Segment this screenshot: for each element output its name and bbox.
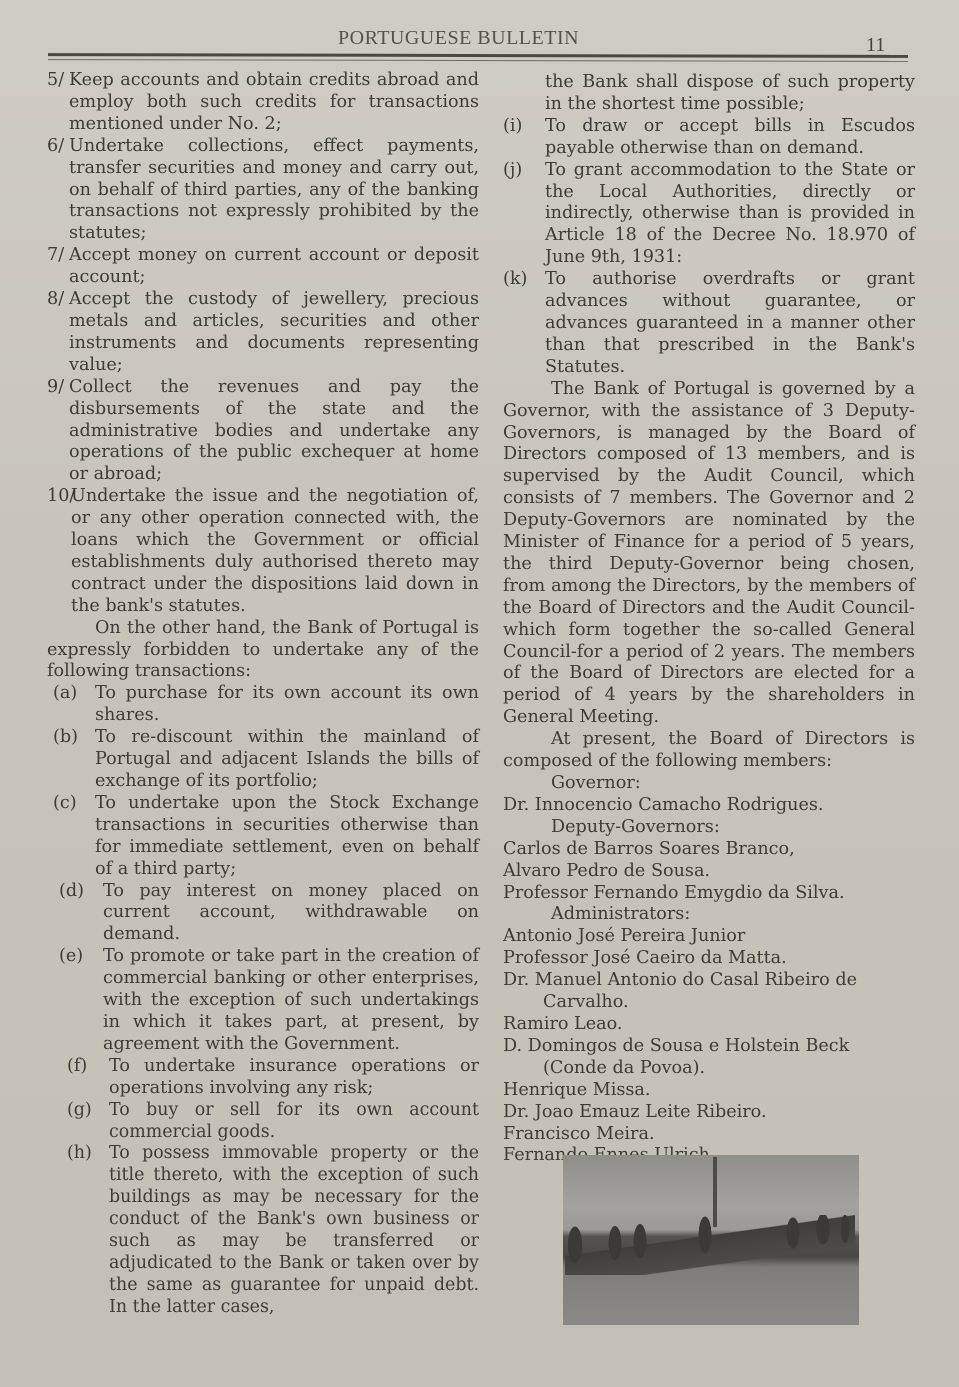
- item-text: To buy or sell for its own account comme…: [109, 1100, 479, 1142]
- deputies-label: Deputy-Governors:: [503, 817, 915, 839]
- numbered-item: 6/ Undertake collections, effect payment…: [47, 136, 479, 246]
- item-number: 6/: [47, 136, 64, 158]
- item-text: Keep accounts and obtain credits abroad …: [69, 70, 479, 134]
- deputy-name: Carlos de Barros Soares Branco,: [503, 839, 915, 861]
- item-text: Undertake the issue and the negotiation …: [71, 486, 479, 616]
- deputy-name: Professor Fernando Emygdio da Silva.: [503, 883, 915, 905]
- item-text: To possess immovable property or the tit…: [109, 1143, 479, 1316]
- lettered-item: (h) To possess immovable property or the…: [47, 1143, 479, 1318]
- item-text: To pay interest on money placed on curre…: [103, 881, 479, 945]
- item-number: 9/: [47, 377, 64, 399]
- item-number: 7/: [47, 245, 64, 267]
- photo-soldiers-shape: [565, 1215, 855, 1275]
- lettered-item: (i) To draw or accept bills in Escudos p…: [503, 116, 915, 160]
- administrator-name: Dr. Joao Emauz Leite Ribeiro.: [503, 1102, 915, 1124]
- item-text: Undertake collections, effect payments, …: [69, 136, 479, 244]
- lettered-item: (g) To buy or sell for its own account c…: [47, 1100, 479, 1144]
- administrator-name: Ramiro Leao.: [503, 1014, 915, 1036]
- administrator-name: Francisco Meira.: [503, 1124, 915, 1146]
- administrator-name: D. Domingos de Sousa e Holstein Beck (Co…: [503, 1036, 915, 1080]
- lettered-item: (e) To promote or take part in the creat…: [47, 946, 479, 1056]
- administrator-name: Henrique Missa.: [503, 1080, 915, 1102]
- item-text: To authorise overdrafts or grant advance…: [545, 269, 915, 377]
- header-rule-thick: [48, 53, 908, 58]
- lettered-item: (a) To purchase for its own account its …: [47, 683, 479, 727]
- right-column: the Bank shall dispose of such property …: [503, 72, 915, 1167]
- administrator-name: Antonio José Pereira Junior: [503, 926, 915, 948]
- lettered-item: (d) To pay interest on money placed on c…: [47, 881, 479, 947]
- governance-paragraph: The Bank of Portugal is governed by a Go…: [503, 379, 915, 730]
- lettered-item: (b) To re-discount within the mainland o…: [47, 727, 479, 793]
- lettered-item: (f) To undertake insurance operations or…: [47, 1056, 479, 1100]
- numbered-item: 8/ Accept the custody of jewellery, prec…: [47, 289, 479, 377]
- item-text: To draw or accept bills in Escudos payab…: [545, 116, 915, 158]
- item-letter: (a): [53, 683, 77, 705]
- soldiers-photograph: [563, 1155, 859, 1325]
- item-number: 10/: [47, 486, 75, 508]
- item-letter: (b): [53, 727, 78, 749]
- item-letter: (h): [67, 1143, 92, 1165]
- item-text: To purchase for its own account its own …: [95, 683, 479, 725]
- item-text: To undertake upon the Stock Exchange tra…: [95, 793, 479, 879]
- numbered-item: 10/ Undertake the issue and the negotiat…: [47, 486, 479, 617]
- forbidden-intro-paragraph: On the other hand, the Bank of Portugal …: [47, 618, 479, 684]
- item-letter: (k): [503, 269, 527, 291]
- left-column: 5/ Keep accounts and obtain credits abro…: [47, 70, 479, 1319]
- lettered-item: (j) To grant accommodation to the State …: [503, 160, 915, 270]
- numbered-item: 5/ Keep accounts and obtain credits abro…: [47, 70, 479, 136]
- item-letter: (f): [67, 1056, 87, 1078]
- page-number: 11: [866, 34, 885, 57]
- item-text: To undertake insurance operations or ope…: [109, 1056, 479, 1098]
- header-rule-thin: [48, 59, 908, 62]
- item-letter: (e): [59, 946, 83, 968]
- item-letter: (i): [503, 116, 522, 138]
- administrator-name: Dr. Manuel Antonio do Casal Ribeiro de C…: [503, 970, 915, 1014]
- item-number: 8/: [47, 289, 64, 311]
- lettered-item: (k) To authorise overdrafts or grant adv…: [503, 269, 915, 379]
- item-text: Collect the revenues and pay the disburs…: [69, 377, 479, 485]
- lettered-item: (c) To undertake upon the Stock Exchange…: [47, 793, 479, 881]
- board-intro-paragraph: At present, the Board of Directors is co…: [503, 729, 915, 773]
- item-text: To re-discount within the mainland of Po…: [95, 727, 479, 791]
- item-text: To grant accommodation to the State or t…: [545, 160, 915, 268]
- item-number: 5/: [47, 70, 64, 92]
- running-title: PORTUGUESE BULLETIN: [338, 27, 579, 50]
- administrators-label: Administrators:: [503, 904, 915, 926]
- item-letter: (g): [67, 1100, 92, 1122]
- governor-name: Dr. Innocencio Camacho Rodrigues.: [503, 795, 915, 817]
- numbered-item: 7/ Accept money on current account or de…: [47, 245, 479, 289]
- continued-item-text: the Bank shall dispose of such property …: [503, 72, 915, 116]
- scanned-page: PORTUGUESE BULLETIN 11 5/ Keep accounts …: [0, 0, 959, 1387]
- item-letter: (j): [503, 160, 522, 182]
- administrator-name: Professor José Caeiro da Matta.: [503, 948, 915, 970]
- item-letter: (d): [59, 881, 84, 903]
- governor-label: Governor:: [503, 773, 915, 795]
- item-letter: (c): [53, 793, 77, 815]
- item-text: Accept money on current account or depos…: [69, 245, 479, 287]
- deputy-name: Alvaro Pedro de Sousa.: [503, 861, 915, 883]
- numbered-item: 9/ Collect the revenues and pay the disb…: [47, 377, 479, 487]
- item-text: To promote or take part in the creation …: [103, 946, 479, 1054]
- item-text: Accept the custody of jewellery, preciou…: [69, 289, 479, 375]
